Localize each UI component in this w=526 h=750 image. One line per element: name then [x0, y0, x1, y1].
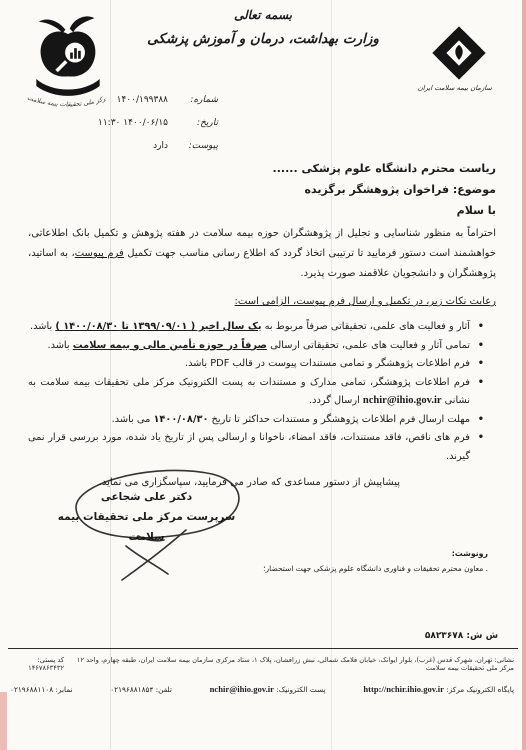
- website-url: http://nchir.ihio.gov.ir: [363, 684, 444, 694]
- bullet-text: باشد.: [47, 340, 72, 351]
- paragraph-underlined-text: فرم پیوست: [75, 248, 124, 259]
- rules-heading: رعایت نکات زیر، در تکمیل و ارسال فرم پیو…: [28, 292, 496, 312]
- email-address: nchir@ihio.gov.ir: [363, 395, 442, 406]
- salutation-line: با سلام: [28, 200, 496, 221]
- website-group: پایگاه الکترونیک مرکز: http://nchir.ihio…: [363, 684, 514, 694]
- signature-block: دکتر علی شجاعی سرپرست مرکز ملی تحقیقات ب…: [44, 487, 249, 547]
- cc-item: . معاون محترم تحقیقات و فناوری دانشگاه ع…: [60, 564, 488, 573]
- bullet-text: مهلت ارسال فرم اطلاعات پژوهشگر و مستندات…: [208, 414, 470, 425]
- bullet-emphasis: ۱۴۰۰/۰۸/۳۰: [153, 414, 208, 425]
- letter-number-row: شماره: ۱۴۰۰/۱۹۹۳۸۸: [42, 88, 218, 111]
- number-value: ۱۴۰۰/۱۹۹۳۸۸: [117, 95, 168, 105]
- bullet-item: آثار و فعالیت های علمی، تحقیقاتی صرفاً م…: [28, 318, 480, 337]
- bullet-item: فرم های ناقص، فاقد مستندات، فاقد امضاء، …: [28, 429, 480, 466]
- subject-line: موضوع: فراخوان پژوهشگر برگزیده: [28, 179, 496, 200]
- footer-address-row: نشانی: تهران، شهرک قدس (غرب)، بلوار ایوا…: [10, 656, 514, 672]
- letter-attachment-row: پیوست: دارد: [42, 134, 218, 157]
- bullet-text: تمامی آثار و فعالیت های علمی، تحقیقاتی ا…: [267, 340, 470, 351]
- bullet-item: مهلت ارسال فرم اطلاعات پژوهشگر و مستندات…: [28, 411, 480, 430]
- attachment-value: دارد: [153, 141, 168, 151]
- letter-meta: شماره: ۱۴۰۰/۱۹۹۳۸۸ تاریخ: ۱۴۰۰/۰۶/۱۵ ۱۱:…: [42, 88, 218, 157]
- letter-date-row: تاریخ: ۱۴۰۰/۰۶/۱۵ ۱۱:۳۰: [42, 111, 218, 134]
- footer-contact-row: پایگاه الکترونیک مرکز: http://nchir.ihio…: [10, 684, 514, 694]
- health-insurance-org-logo: سازمان بیمه سلامت ایران: [426, 24, 492, 92]
- bullet-text: آثار و فعالیت های علمی، تحقیقاتی صرفاً م…: [262, 321, 470, 332]
- fax-group: نمابر: ۰۲۱۹۶۸۸۱۱۰۸: [10, 685, 72, 694]
- registration-number: ش ش: ۵۸۲۳۶۷۸: [425, 631, 498, 641]
- footer-divider: [8, 648, 518, 649]
- website-label: پایگاه الکترونیک مرکز:: [446, 685, 514, 694]
- bullet-item: فرم اطلاعات پژوهشگر و تمامی مستندات پیوس…: [28, 355, 480, 374]
- health-insurance-org-logo-icon: [430, 24, 488, 82]
- attachment-label: پیوست:: [182, 141, 218, 151]
- scanned-letter-page: بسمه تعالی وزارت بهداشت، درمان و آموزش پ…: [0, 0, 526, 750]
- signer-title: سرپرست مرکز ملی تحقیقات بیمه سلامت: [44, 507, 249, 547]
- phone-group: تلفن: ۰۲۱۹۶۸۸۱۸۵۴: [110, 685, 172, 694]
- email-group: پست الکترونیک: nchir@ihio.gov.ir: [210, 684, 326, 694]
- health-insurance-org-logo-caption: سازمان بیمه سلامت ایران: [426, 84, 492, 92]
- number-label: شماره:: [182, 95, 218, 105]
- date-value: ۱۴۰۰/۰۶/۱۵ ۱۱:۳۰: [98, 118, 168, 128]
- scan-edge-artifact: [522, 0, 526, 750]
- bullet-text: فرم اطلاعات پژوهشگر و تمامی مستندات پیوس…: [185, 358, 470, 369]
- bullet-item: فرم اطلاعات پژوهشگر، تمامی مدارک و مستند…: [28, 374, 480, 411]
- address-text: نشانی: تهران، شهرک قدس (غرب)، بلوار ایوا…: [72, 656, 514, 672]
- phone-number: ۰۲۱۹۶۸۸۱۸۵۴: [110, 685, 153, 694]
- signer-name: دکتر علی شجاعی: [44, 487, 249, 507]
- postal-code: کد پستی: ۱۴۶۷۸۶۳۴۳۲: [10, 656, 64, 672]
- recipient-line: ریاست محترم دانشگاه علوم پزشکی ......: [28, 158, 496, 179]
- bullet-text: ارسال گردد.: [309, 395, 363, 406]
- bullet-text: فرم های ناقص، فاقد مستندات، فاقد امضاء، …: [28, 432, 470, 462]
- email-label: پست الکترونیک:: [276, 685, 325, 694]
- rules-list: آثار و فعالیت های علمی، تحقیقاتی صرفاً م…: [28, 318, 496, 466]
- opening-paragraph: احتراماً به منظور شناسایی و تجلیل از پژو…: [28, 224, 496, 284]
- cc-label: رونوشت:: [60, 549, 488, 558]
- email-address: nchir@ihio.gov.ir: [210, 684, 274, 694]
- bullet-text: می باشد.: [112, 414, 154, 425]
- scan-edge-artifact: [0, 692, 7, 750]
- phone-label: تلفن:: [156, 685, 172, 694]
- fax-label: نمابر:: [55, 685, 72, 694]
- letter-body: ریاست محترم دانشگاه علوم پزشکی ...... مو…: [28, 158, 496, 493]
- bullet-item: تمامی آثار و فعالیت های علمی، تحقیقاتی ا…: [28, 337, 480, 356]
- cc-section: رونوشت: . معاون محترم تحقیقات و فناوری د…: [60, 549, 488, 573]
- bullet-text: باشد.: [30, 321, 55, 332]
- bullet-emphasis: یک سال اخیر ( ۱۳۹۹/۰۹/۰۱ تا ۱۴۰۰/۰۸/۳۰ ): [55, 321, 261, 332]
- bullet-emphasis: صرفاً در حوزه تأمین مالی و بیمه سلامت: [73, 340, 267, 351]
- date-label: تاریخ:: [182, 118, 218, 128]
- fax-number: ۰۲۱۹۶۸۸۱۱۰۸: [10, 685, 53, 694]
